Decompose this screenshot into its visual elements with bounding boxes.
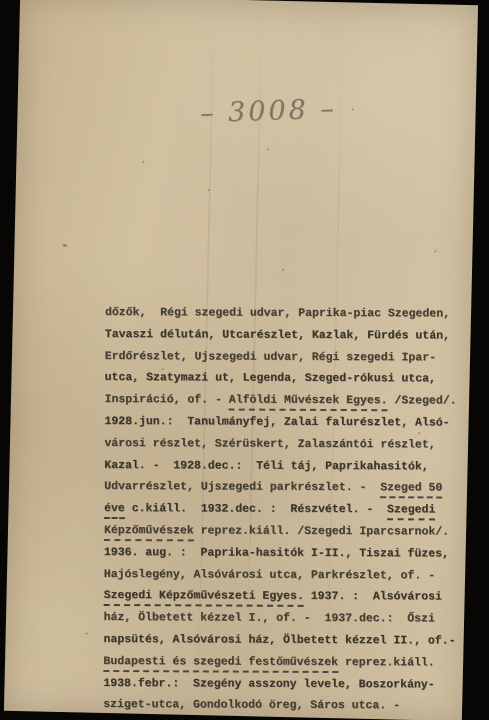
typed-underlined-phrase: Szegedi — [387, 503, 435, 520]
typed-text: Inspiráció, of. - — [105, 393, 229, 407]
typed-line: Tavaszi délután, Utcarészlet, Kazlak, Fü… — [105, 324, 470, 347]
typed-text: utca, Szatymazi ut, Legenda, Szeged-róku… — [105, 371, 436, 385]
handwritten-page-number: – 3008 – — [199, 94, 330, 130]
scanned-page: – 3008 – dőzők, Régi szegedi udvar, Papr… — [0, 0, 489, 720]
typed-underlined-phrase: Szegedi Képzőművészeti Egyes. — [104, 589, 304, 607]
typed-text-block: dőzők, Régi szegedi udvar, Paprika-piac … — [103, 302, 470, 718]
paper-speck — [267, 149, 269, 151]
paper-speck — [62, 244, 67, 247]
paper-speck — [434, 250, 436, 252]
typed-text: reprez.kiáll. — [338, 656, 435, 669]
paper-speck — [142, 161, 144, 163]
typed-line: 1936. aug. : Paprika-hasitók I-II., Tisz… — [104, 542, 469, 565]
typed-line: Kazal. - 1928.dec.: Téli táj, Paprikahas… — [104, 455, 469, 478]
typed-text: /Szeged/. — [388, 394, 457, 407]
typed-line: Szegedi Képzőművészeti Egyes. 1937. : Al… — [104, 585, 469, 608]
typed-text: 1928.jun.: Tanulmányfej, Zalai falurészl… — [104, 415, 449, 430]
paper-speck — [282, 269, 284, 271]
typed-line: dőzők, Régi szegedi udvar, Paprika-piac … — [105, 302, 470, 325]
typed-text: c.kiáll. 1932.dec. : Részvétel. - — [125, 502, 387, 516]
paper-speck — [86, 633, 88, 635]
typed-line: Képzőművészek reprez.kiáll. /Szegedi Ipa… — [104, 520, 469, 543]
typed-text: ház, Ölbetett kézzel I., of. - 1937.dec.… — [104, 611, 435, 625]
typed-underlined-phrase: Képzőművészek — [104, 524, 194, 541]
typed-text: Udvarrészlet, Ujszegedi parkrészlet. - — [104, 480, 380, 494]
typed-text: sziget-utca, Gondolkodó öreg, Sáros utca… — [103, 698, 400, 712]
typed-text: 1937. : Alsóvárosi — [304, 590, 442, 604]
typed-text: Kazal. - 1928.dec.: Téli táj, Paprikahas… — [104, 459, 428, 473]
typed-underlined-phrase: Szeged 50 — [380, 482, 442, 499]
typed-underlined-phrase: Alföldi Művészek Egyes. — [229, 394, 388, 412]
typed-line: Budapesti és szegedi festőművészek repre… — [103, 651, 468, 674]
paper-speck — [352, 108, 354, 110]
typed-text: Hajóslegény, Alsóvárosi utca, Parkrészle… — [104, 568, 435, 582]
typed-line: Udvarrészlet, Ujszegedi parkrészlet. - S… — [104, 476, 469, 499]
typed-line: 1938.febr.: Szegény asszony levele, Bosz… — [103, 673, 468, 696]
typed-line: városi részlet, Szérüskert, Zalaszántói … — [104, 433, 469, 456]
typed-text: Tavaszi délután, Utcarészlet, Kazlak, Fü… — [105, 328, 450, 343]
typed-line: ház, Ölbetett kézzel I., of. - 1937.dec.… — [104, 607, 469, 630]
typed-text: napsütés, Alsóvárosi ház, Ölbetett kézze… — [103, 633, 455, 648]
typed-text: reprez.kiáll. /Szegedi Iparcsarnok/. — [194, 524, 449, 538]
typed-line: Hajóslegény, Alsóvárosi utca, Parkrészle… — [104, 564, 469, 587]
typed-line: Erdőrészlet, Ujszegedi udvar, Régi szege… — [105, 346, 470, 369]
typed-text: 1938.febr.: Szegény asszony levele, Bosz… — [103, 677, 434, 691]
typed-line: utca, Szatymazi ut, Legenda, Szeged-róku… — [105, 367, 470, 390]
typed-underlined-phrase: éve — [104, 502, 125, 519]
paper-speck — [208, 189, 210, 191]
typed-text: városi részlet, Szérüskert, Zalaszántói … — [104, 437, 435, 451]
typed-line: Inspiráció, of. - Alföldi Művészek Egyes… — [105, 389, 470, 412]
typed-line: sziget-utca, Gondolkodó öreg, Sáros utca… — [103, 694, 468, 717]
typed-line: 1928.jun.: Tanulmányfej, Zalai falurészl… — [104, 411, 469, 434]
typed-underlined-phrase: Budapesti és szegedi festőművészek — [103, 655, 338, 673]
typed-line: napsütés, Alsóvárosi ház, Ölbetett kézze… — [103, 629, 468, 652]
typed-text: Erdőrészlet, Ujszegedi udvar, Régi szege… — [105, 350, 436, 364]
typed-text: dőzők, Régi szegedi udvar, Paprika-piac … — [105, 306, 450, 321]
typed-text: 1936. aug. : Paprika-hasitók I-II., Tisz… — [104, 546, 449, 561]
typed-line: éve c.kiáll. 1932.dec. : Részvétel. - Sz… — [104, 498, 469, 521]
